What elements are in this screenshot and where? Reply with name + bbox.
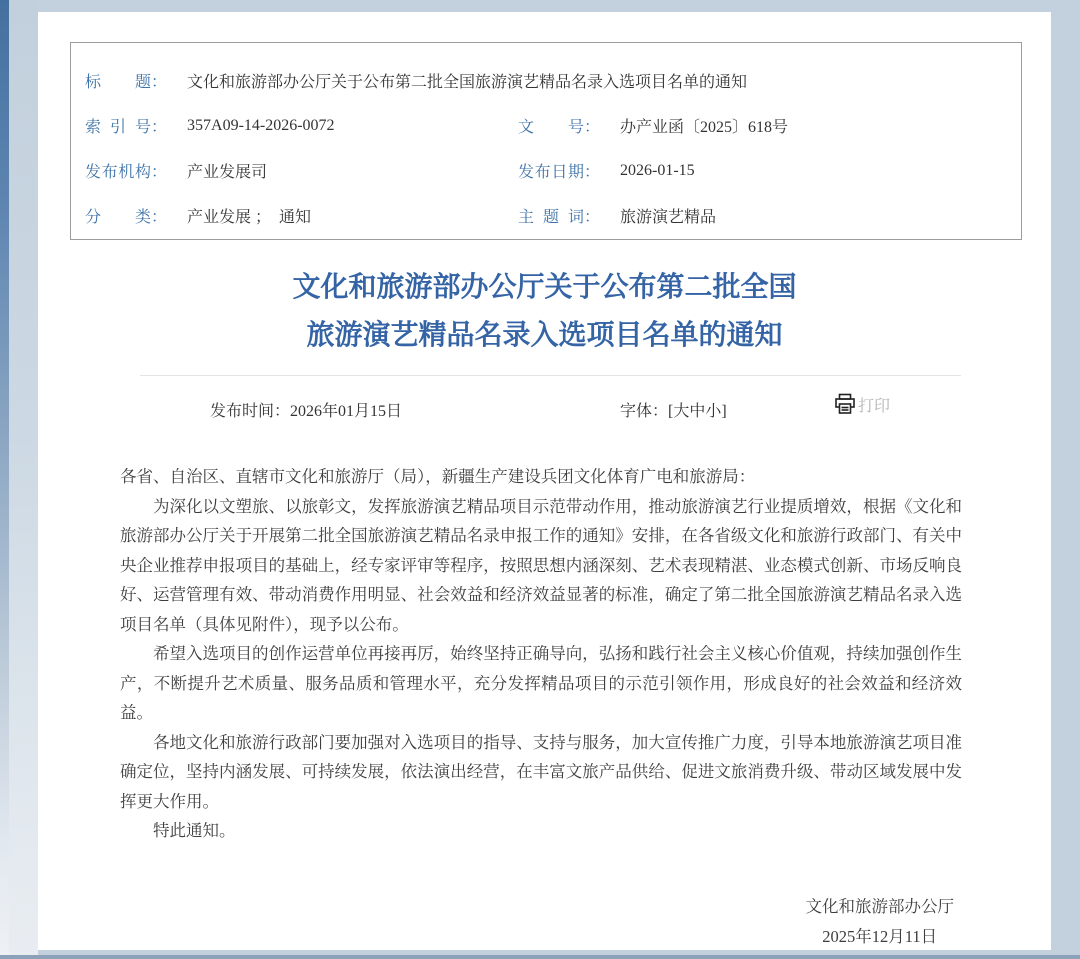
body-paragraph-4: 特此通知。 [120,816,962,846]
bottom-border-line [0,955,1080,959]
divider-line [140,375,961,376]
meta-keywords-value: 旅游演艺精品 [620,204,716,227]
signature-block: 文化和旅游部办公厅 2025年12月11日 [806,892,955,952]
meta-cell-pub-date: 发布日期： 2026-01-15 [518,159,695,182]
publish-time-label: 发布时间 [210,403,274,420]
meta-index-value: 357A09-14-2026-0072 [187,117,335,135]
meta-row-index: 索引号： 357A09-14-2026-0072 文号： 办产业函〔2025〕6… [71,103,1021,148]
font-size-bracket-close: ] [721,403,726,420]
printer-icon [833,392,857,416]
publish-time-value: 2026年01月15日 [290,403,402,420]
body-paragraph-2: 希望入选项目的创作运营单位再接再厉，始终坚持正确导向，弘扬和践行社会主义核心价值… [120,639,962,728]
font-size-option-large[interactable]: 大 [673,403,689,420]
font-size-label: 字体 [620,403,652,420]
meta-keywords-label: 主题词： [518,204,600,227]
font-size-option-medium[interactable]: 中 [689,403,705,420]
notice-title-line2: 旅游演艺精品名录入选项目名单的通知 [78,312,1011,360]
left-light-strip [9,0,38,959]
salutation: 各省、自治区、直辖市文化和旅游厅（局），新疆生产建设兵团文化体育广电和旅游局： [120,462,962,492]
meta-row-title: 标题： 文化和旅游部办公厅关于公布第二批全国旅游演艺精品名录入选项目名单的通知 [71,58,1021,103]
meta-row-org: 发布机构： 产业发展司 发布日期： 2026-01-15 [71,148,1021,193]
meta-title-label: 标题： [85,69,167,92]
meta-title-value: 文化和旅游部办公厅关于公布第二批全国旅游演艺精品名录入选项目名单的通知 [187,69,747,92]
meta-cell-title: 标题： 文化和旅游部办公厅关于公布第二批全国旅游演艺精品名录入选项目名单的通知 [85,69,747,92]
meta-docno-label: 文号： [518,114,600,137]
print-button-label: 打印 [858,393,890,416]
meta-org-value: 产业发展司 [187,159,267,182]
meta-cell-publisher: 发布机构： 产业发展司 [85,159,518,182]
meta-org-label: 发布机构： [85,159,167,182]
notice-body: 各省、自治区、直辖市文化和旅游厅（局），新疆生产建设兵团文化体育广电和旅游局： … [120,462,962,846]
notice-title-line1: 文化和旅游部办公厅关于公布第二批全国 [78,264,1011,312]
left-gradient-strip [0,0,9,959]
signature-date: 2025年12月11日 [806,922,955,952]
meta-cell-category: 分类： 产业发展 ； 通知 [85,204,518,227]
meta-date-label: 发布日期： [518,159,600,182]
meta-cell-index-no: 索引号： 357A09-14-2026-0072 [85,114,518,137]
meta-category-value: 产业发展 ； 通知 [187,204,311,227]
metadata-box: 标题： 文化和旅游部办公厅关于公布第二批全国旅游演艺精品名录入选项目名单的通知 … [70,42,1022,240]
meta-index-label: 索引号： [85,114,167,137]
signature-org: 文化和旅游部办公厅 [806,892,955,922]
notice-title: 文化和旅游部办公厅关于公布第二批全国 旅游演艺精品名录入选项目名单的通知 [78,264,1011,360]
meta-cell-keywords: 主题词： 旅游演艺精品 [518,204,716,227]
font-size-selector: 字体：[大中小] [620,398,727,421]
meta-cell-doc-no: 文号： 办产业函〔2025〕618号 [518,114,788,137]
print-button[interactable]: 打印 [833,392,890,416]
font-size-option-small[interactable]: 小 [705,403,721,420]
document-panel: 标题： 文化和旅游部办公厅关于公布第二批全国旅游演艺精品名录入选项目名单的通知 … [38,12,1051,950]
meta-category-label: 分类： [85,204,167,227]
meta-row-category: 分类： 产业发展 ； 通知 主题词： 旅游演艺精品 [71,193,1021,238]
meta-date-value: 2026-01-15 [620,162,695,180]
body-paragraph-1: 为深化以文塑旅、以旅彰文，发挥旅游演艺精品项目示范带动作用，推动旅游演艺行业提质… [120,492,962,640]
meta-docno-value: 办产业函〔2025〕618号 [620,114,788,137]
body-paragraph-3: 各地文化和旅游行政部门要加强对入选项目的指导、支持与服务，加大宣传推广力度，引导… [120,728,962,817]
publish-time: 发布时间：2026年01月15日 [210,398,402,421]
publish-time-colon: ： [274,403,290,420]
font-size-colon: ： [652,403,668,420]
publish-info-row: 发布时间：2026年01月15日 字体：[大中小] 打印 [38,386,1051,432]
